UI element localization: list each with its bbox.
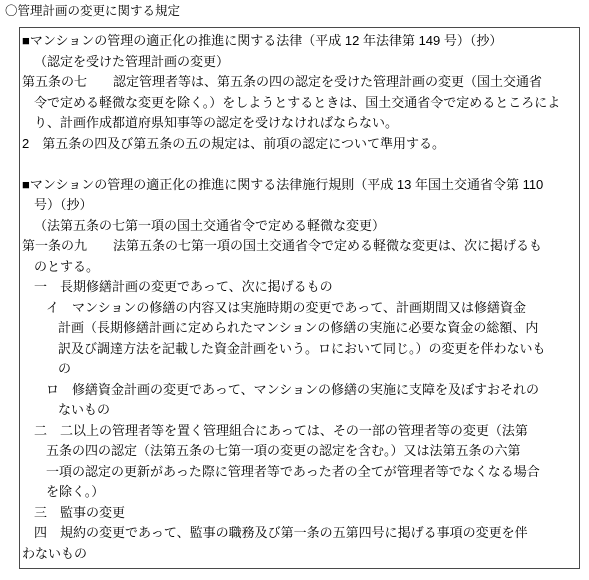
document-line: わないもの (22, 544, 577, 565)
document-line: 計画（長期修繕計画に定められたマンションの修繕の実施に必要な資金の総額、内 (22, 318, 577, 339)
document-line: 号）（抄） (22, 195, 577, 216)
document-line: 第一条の九 法第五条の七第一項の国土交通省令で定める軽微な変更は、次に掲げるも (22, 236, 577, 257)
document-line: 五条の四の認定（法第五条の七第一項の変更の認定を含む。）又は法第五条の六第 (22, 441, 577, 462)
document-line: 第五条の七 認定管理者等は、第五条の四の認定を受けた管理計画の変更（国土交通省 (22, 72, 577, 93)
document-line: 四 規約の変更であって、監事の職務及び第一条の五第四号に掲げる事項の変更を伴 (22, 523, 577, 544)
document-page: 〇管理計画の変更に関する規定 ■マンションの管理の適正化の推進に関する法律（平成… (0, 0, 589, 580)
document-line: 一項の認定の更新があった際に管理者等であった者の全てが管理者等でなくなる場合 (22, 462, 577, 483)
document-line: 二 二以上の管理者等を置く管理組合にあっては、その一部の管理者等の変更（法第 (22, 421, 577, 442)
document-line: 2 第五条の四及び第五条の五の規定は、前項の認定について準用する。 (22, 134, 577, 155)
document-line (22, 154, 577, 175)
document-line: 令で定める軽微な変更を除く。）をしようとするときは、国土交通省令で定めるところに… (22, 93, 577, 114)
document-line: ロ 修繕資金計画の変更であって、マンションの修繕の実施に支障を及ぼすおそれの (22, 380, 577, 401)
document-line: 三 監事の変更 (22, 503, 577, 524)
document-line: の (22, 359, 577, 380)
document-line: （法第五条の七第一項の国土交通省令で定める軽微な変更） (22, 216, 577, 237)
document-line: （認定を受けた管理計画の変更） (22, 52, 577, 73)
document-line: イ マンションの修繕の内容又は実施時期の変更であって、計画期間又は修繕資金 (22, 298, 577, 319)
document-line: 訳及び調達方法を記載した資金計画をいう。ロにおいて同じ。）の変更を伴わないも (22, 339, 577, 360)
document-title: 〇管理計画の変更に関する規定 (5, 3, 180, 20)
document-line: り、計画作成都道府県知事等の認定を受けなければならない。 (22, 113, 577, 134)
document-line: ないもの (22, 400, 577, 421)
document-line: のとする。 (22, 257, 577, 278)
document-line: 一 長期修繕計画の変更であって、次に掲げるもの (22, 277, 577, 298)
document-line: を除く。） (22, 482, 577, 503)
regulation-box: ■マンションの管理の適正化の推進に関する法律（平成 12 年法律第 149 号）… (19, 27, 580, 569)
document-line: ■マンションの管理の適正化の推進に関する法律（平成 12 年法律第 149 号）… (22, 31, 577, 52)
document-line: ■マンションの管理の適正化の推進に関する法律施行規則（平成 13 年国土交通省令… (22, 175, 577, 196)
